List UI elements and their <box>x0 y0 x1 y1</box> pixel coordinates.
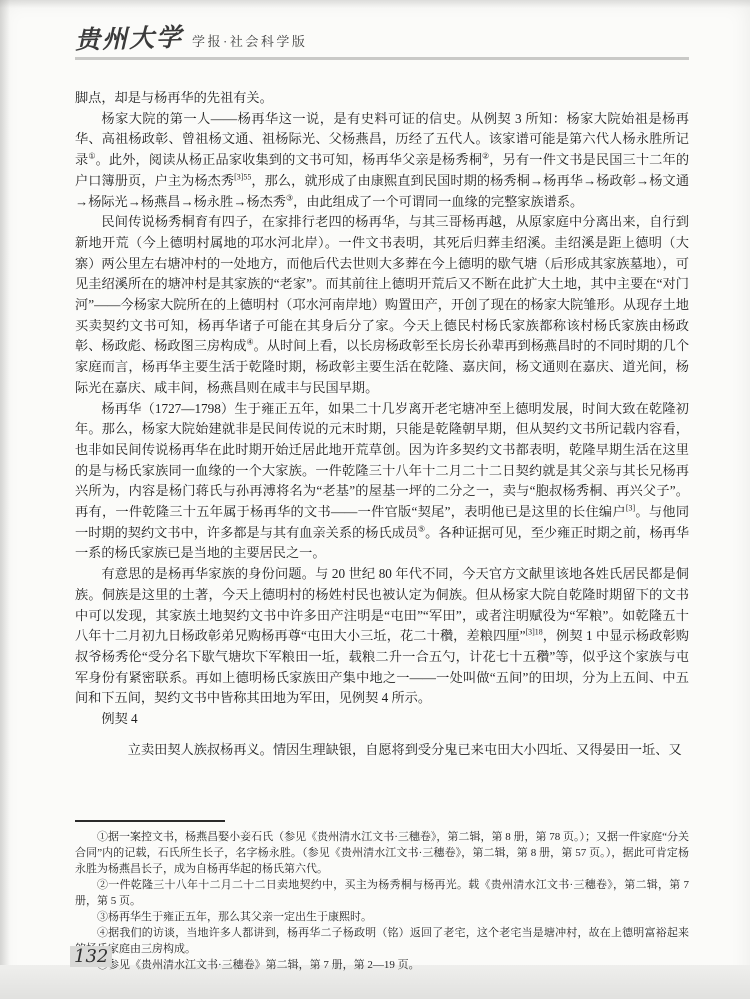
journal-header: 贵州大学 学报·社会科学版 <box>75 26 689 60</box>
article-body: 脚点，却是与杨再华的先祖有关。杨家大院的第一人——杨再华这一说，是有史料可证的信… <box>75 88 689 761</box>
footnote: ②一件乾隆三十八年十二月二十二日卖地契约中，买主为杨秀桐与杨再光。载《贵州清水江… <box>75 877 689 909</box>
scan-edge-shadow-top <box>0 0 750 8</box>
footnote: ④据我们的访谈，当地许多人都讲到，杨再华二子杨政明（铭）返回了老宅，这个老宅当是… <box>75 925 689 957</box>
page-number: 132 <box>70 946 112 967</box>
article-paragraph: 杨家大院的第一人——杨再华这一说，是有史料可证的信史。从例契 3 所知：杨家大院… <box>75 109 689 213</box>
footnote: ③杨再华生于雍正五年，那么其父亲一定出生于康熙时。 <box>75 909 689 925</box>
footnotes-section: ①据一案控文书，杨燕昌娶小妾石氏（参见《贵州清水江文书·三穗卷》，第二辑，第 8… <box>75 829 689 973</box>
header-rule <box>75 57 689 60</box>
contract-quote-paragraph: 立卖田契人族叔杨再义。情因生理缺银，自愿将到受分鬼已来屯田大小四坵、又得晏田一坵… <box>75 740 689 761</box>
article-paragraph: 脚点，却是与杨再华的先祖有关。 <box>75 88 689 109</box>
journal-masthead: 贵州大学 学报·社会科学版 <box>75 26 689 52</box>
journal-subtitle: 学报·社会科学版 <box>192 31 307 52</box>
journal-page: 贵州大学 学报·社会科学版 脚点，却是与杨再华的先祖有关。杨家大院的第一人——杨… <box>0 0 750 999</box>
article-paragraph: 民间传说杨秀桐育有四子，在家排行老四的杨再华，与其三哥杨再越，从原家庭中分离出来… <box>75 212 689 398</box>
article-paragraph: 有意思的是杨再华家族的身份问题。与 20 世纪 80 年代不同，今天官方文献里该… <box>75 564 689 709</box>
footnote: ①据一案控文书，杨燕昌娶小妾石氏（参见《贵州清水江文书·三穗卷》，第二辑，第 8… <box>75 829 689 877</box>
scanned-journal-page: { "header": { "logo_text": "贵州大学", "subt… <box>0 0 750 999</box>
article-paragraph: 例契 4 <box>75 709 689 730</box>
scan-edge-shadow-left <box>0 0 10 999</box>
footnote: ⑤参见《贵州清水江文书·三穗卷》第二辑，第 7 册，第 2—19 页。 <box>75 957 689 973</box>
journal-logo-calligraphy: 贵州大学 <box>75 25 184 54</box>
footnote-divider <box>75 820 225 822</box>
article-paragraph: 杨再华（1727—1798）生于雍正五年，如果二十几岁离开老宅塘冲至上德明发展，… <box>75 399 689 565</box>
